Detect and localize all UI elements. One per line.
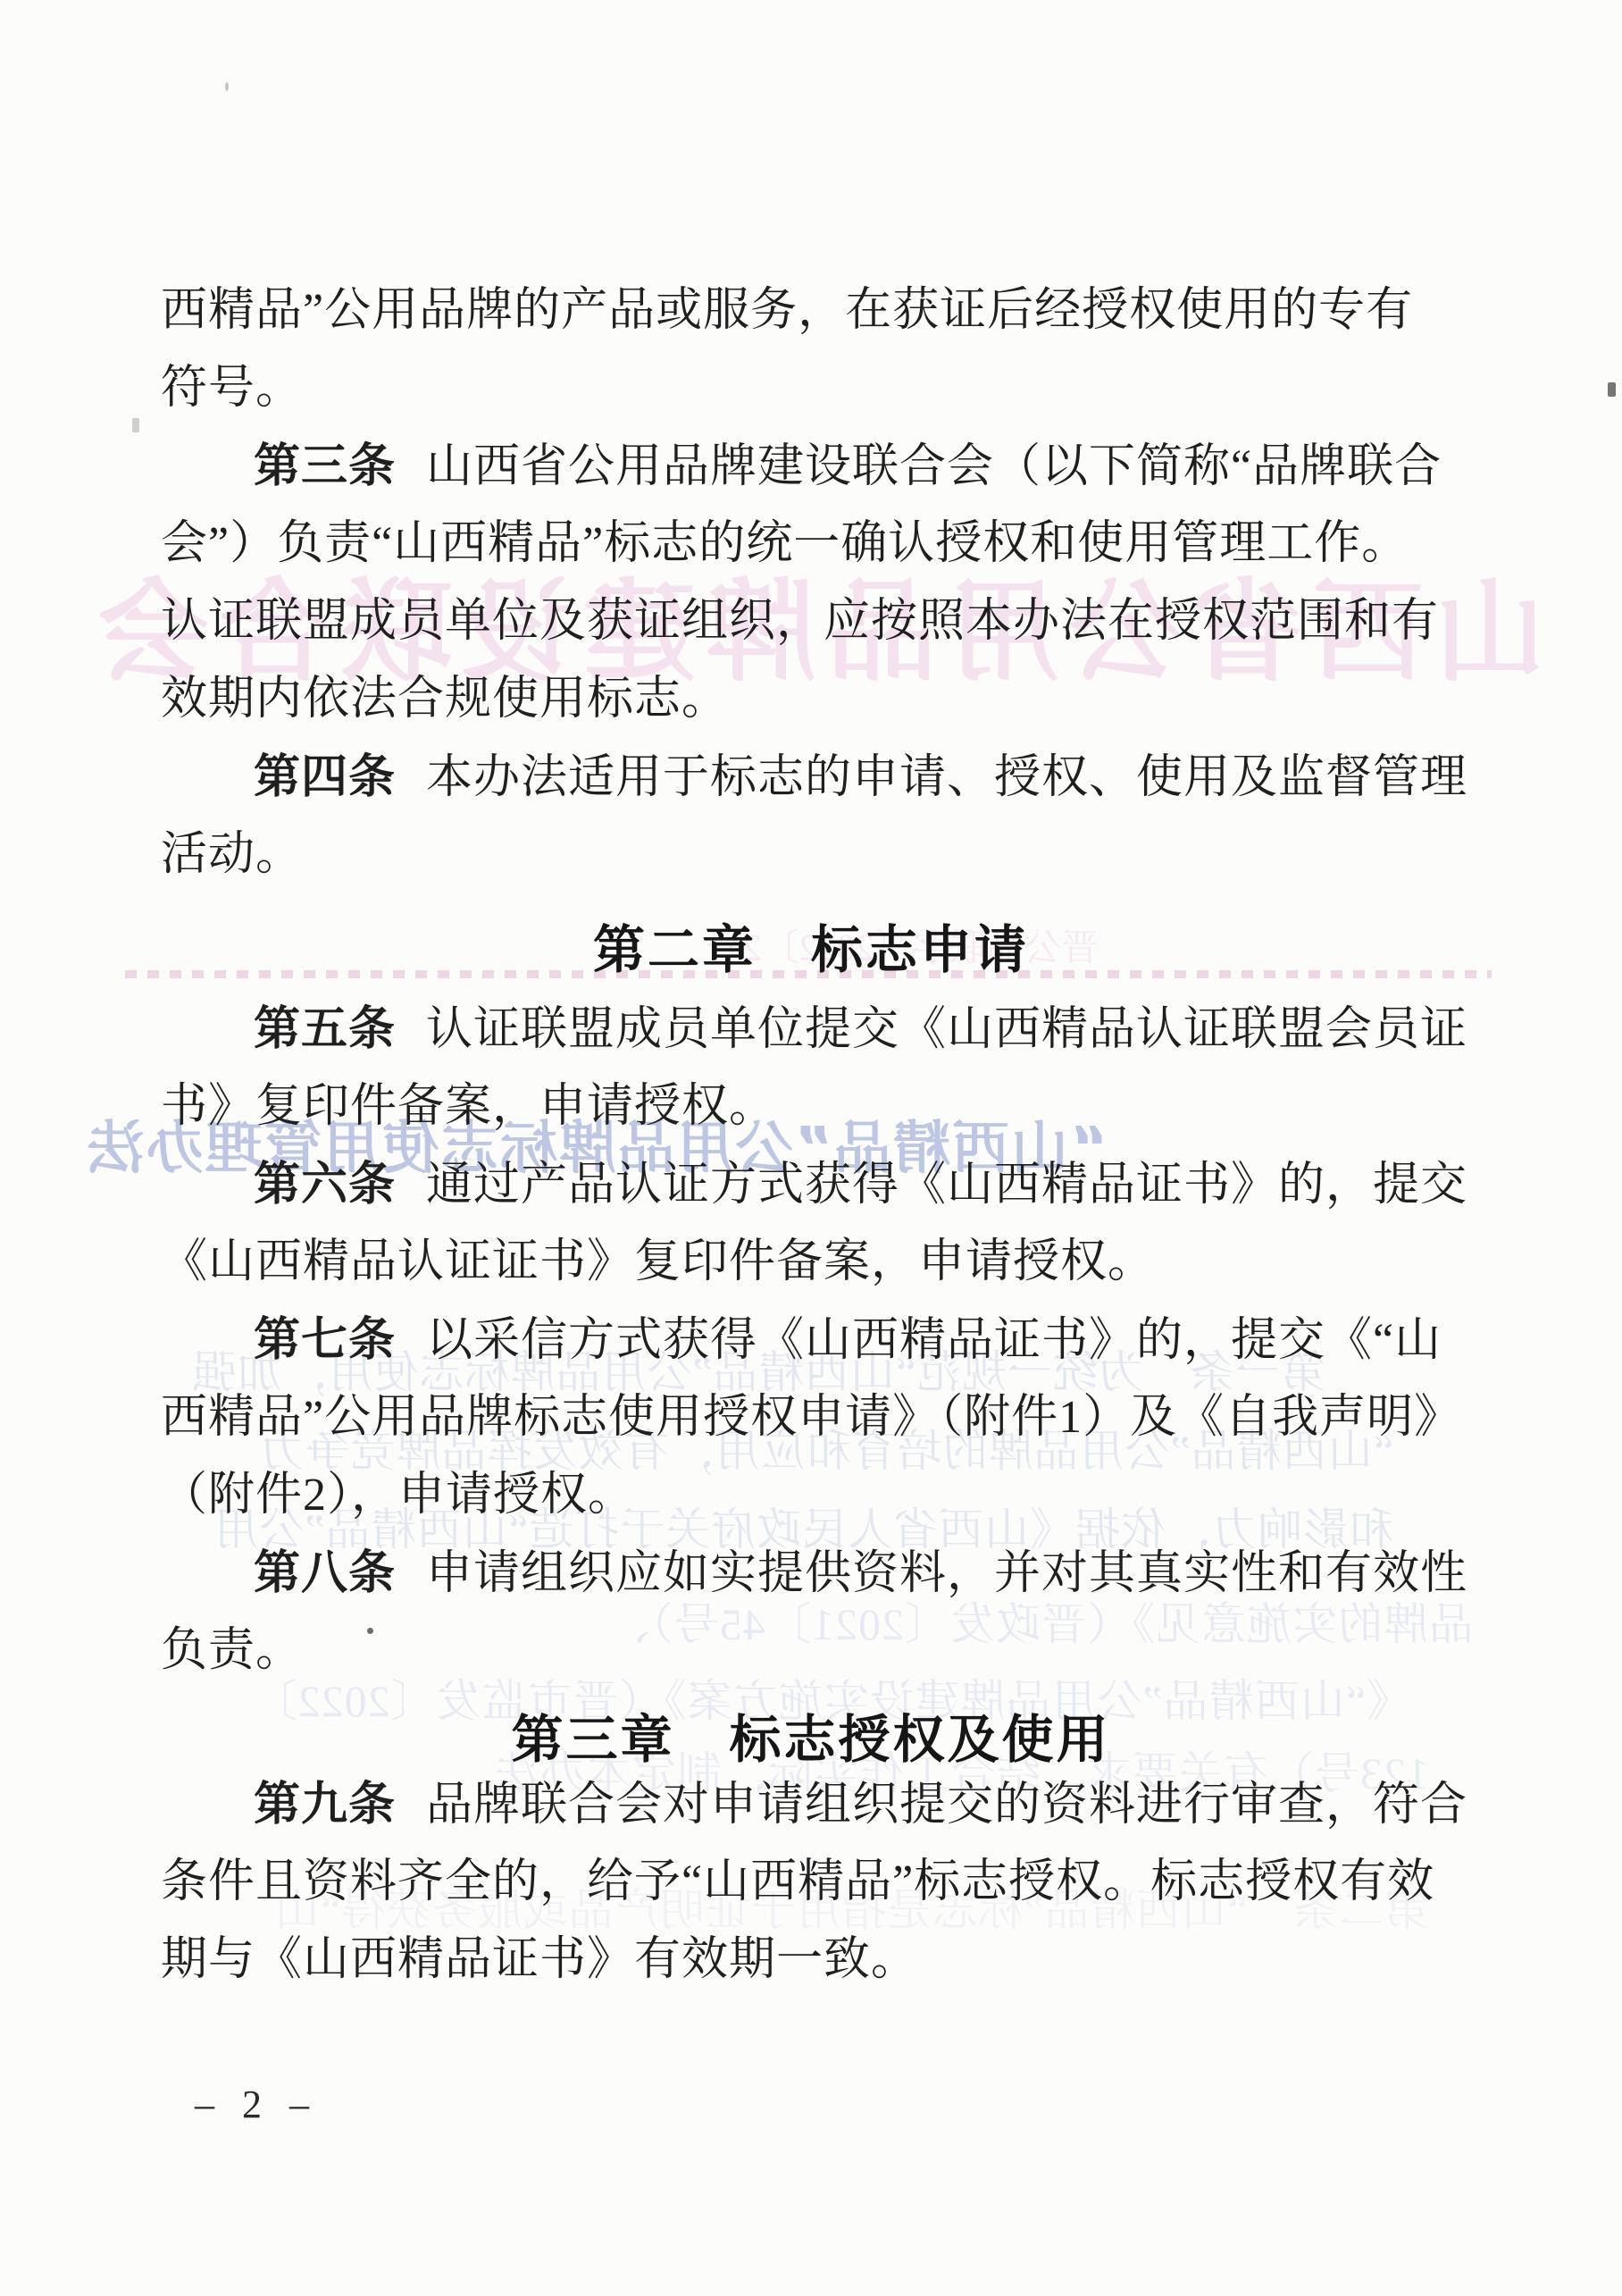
line-text: 西精品”公用品牌标志使用授权申请》（附件1）及《自我声明》	[161, 1392, 1461, 1443]
article-number: 第八条	[254, 1546, 396, 1600]
body-line: 负责。	[161, 1624, 303, 1678]
body-line: 符号。	[161, 362, 303, 415]
line-text: （附件2），申请授权。	[161, 1470, 635, 1521]
body-line: （附件2），申请授权。	[161, 1469, 635, 1522]
line-text: 品牌联合会对申请组织提交的资料进行审查，符合	[426, 1780, 1467, 1831]
line-text: 书》复印件备案，申请授权。	[161, 1081, 776, 1132]
line-text: 通过产品认证方式获得《山西精品证书》的，提交	[426, 1160, 1467, 1211]
scanned-document-page: 山西省公用品牌建设联合会 晋公品联字〔2022〕2号 “山西精品”公用品牌标志使…	[0, 0, 1622, 2296]
scan-speck	[132, 418, 139, 432]
article-number: 第四条	[254, 750, 396, 804]
body-line: 第六条通过产品认证方式获得《山西精品证书》的，提交	[161, 1158, 1467, 1212]
body-line: 条件且资料齐全的，给予“山西精品”标志授权。标志授权有效	[161, 1856, 1434, 1909]
body-line: 第三条山西省公用品牌建设联合会（以下简称“品牌联合	[161, 440, 1442, 494]
body-line: 第五条认证联盟成员单位提交《山西精品认证联盟会员证	[161, 1002, 1467, 1057]
scan-speck	[367, 1628, 373, 1634]
body-line: 认证联盟成员单位及获证组织，应按照本办法在授权范围和有	[161, 595, 1439, 649]
line-text: 西精品”公用品牌的产品或服务，在获证后经授权使用的专有	[161, 285, 1413, 336]
chapter-heading: 第二章 标志申请	[0, 908, 1622, 983]
body-line: 第四条本办法适用于标志的申请、授权、使用及监督管理	[161, 750, 1467, 805]
body-line: 书》复印件备案，申请授权。	[161, 1080, 776, 1134]
body-line: 第七条以采信方式获得《山西精品证书》的，提交《“山	[161, 1313, 1442, 1368]
line-text: 《山西精品认证证书》复印件备案，申请授权。	[161, 1236, 1155, 1287]
scan-speck	[225, 82, 229, 91]
chapter-heading: 第三章 标志授权及使用	[0, 1697, 1622, 1772]
line-text: 条件且资料齐全的，给予“山西精品”标志授权。标志授权有效	[161, 1856, 1434, 1907]
body-line: 活动。	[161, 828, 303, 882]
article-number: 第七条	[254, 1312, 396, 1367]
line-text: 认证联盟成员单位及获证组织，应按照本办法在授权范围和有	[161, 596, 1439, 647]
line-text: 期与《山西精品证书》有效期一致。	[161, 1934, 918, 1985]
article-number: 第五条	[254, 1001, 396, 1056]
line-text: 符号。	[161, 363, 303, 414]
line-text: 效期内依法合规使用标志。	[161, 674, 729, 725]
body-line: 西精品”公用品牌的产品或服务，在获证后经授权使用的专有	[161, 284, 1413, 338]
line-text: 本办法适用于标志的申请、授权、使用及监督管理	[426, 752, 1467, 803]
line-text: 山西省公用品牌建设联合会（以下简称“品牌联合	[426, 441, 1442, 492]
article-number: 第三条	[254, 439, 396, 493]
line-text: 活动。	[161, 829, 303, 880]
body-line: 会”）负责“山西精品”标志的统一确认授权和使用管理工作。	[161, 517, 1409, 571]
line-text: 会”）负责“山西精品”标志的统一确认授权和使用管理工作。	[161, 518, 1409, 569]
body-line: 第八条申请组织应如实提供资料，并对其真实性和有效性	[161, 1546, 1467, 1601]
article-number: 第九条	[254, 1777, 396, 1831]
scan-speck	[1608, 382, 1616, 397]
line-text: 以采信方式获得《山西精品证书》的，提交《“山	[426, 1315, 1442, 1366]
body-line: 《山西精品认证证书》复印件备案，申请授权。	[161, 1236, 1155, 1289]
body-line: 效期内依法合规使用标志。	[161, 673, 729, 726]
page-number: – 2 –	[195, 2082, 318, 2127]
body-line: 期与《山西精品证书》有效期一致。	[161, 1933, 918, 1987]
line-text: 申请组织应如实提供资料，并对其真实性和有效性	[426, 1548, 1467, 1599]
article-number: 第六条	[254, 1157, 396, 1211]
line-text: 负责。	[161, 1625, 303, 1676]
body-line: 西精品”公用品牌标志使用授权申请》（附件1）及《自我声明》	[161, 1391, 1461, 1445]
line-text: 认证联盟成员单位提交《山西精品认证联盟会员证	[426, 1004, 1467, 1055]
body-line: 第九条品牌联合会对申请组织提交的资料进行审查，符合	[161, 1778, 1467, 1832]
